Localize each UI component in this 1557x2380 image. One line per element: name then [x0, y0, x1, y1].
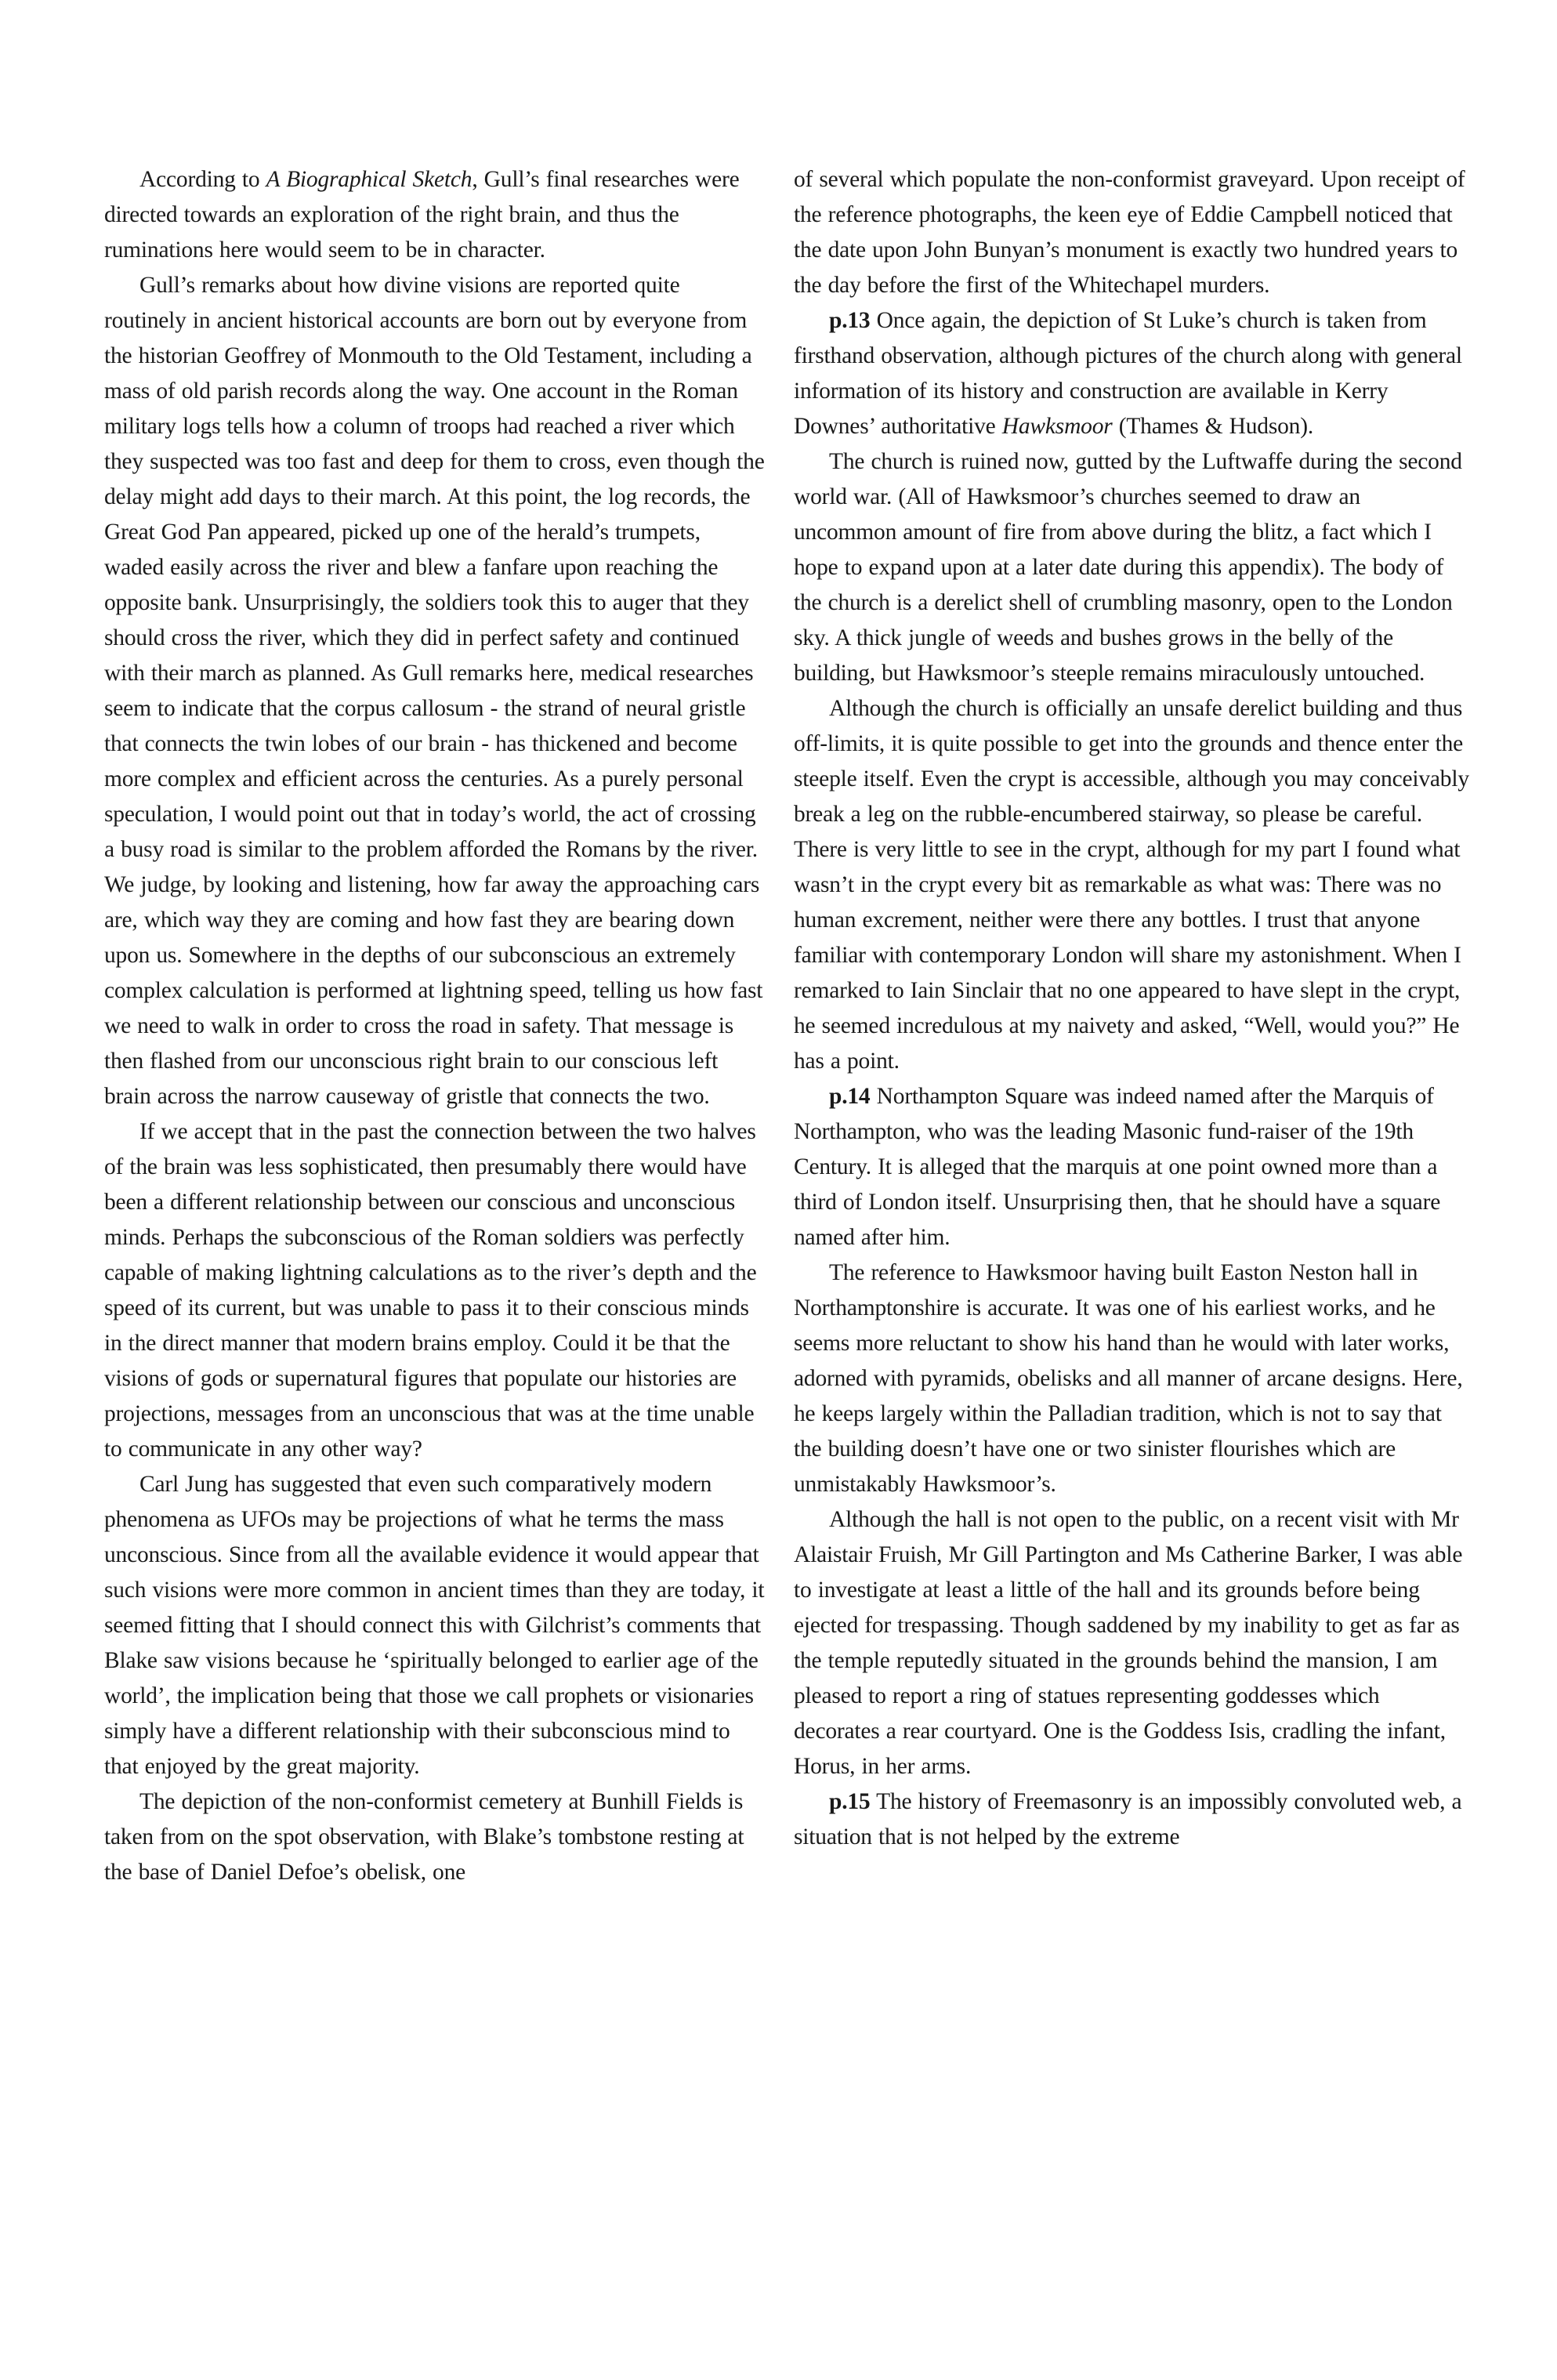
paragraph: The reference to Hawksmoor having built …: [794, 1255, 1469, 1502]
text-run: If we accept that in the past the connec…: [104, 1119, 756, 1462]
paragraph: p.13 Once again, the depiction of St Luk…: [794, 303, 1469, 444]
paragraph: p.15 The history of Freemasonry is an im…: [794, 1784, 1469, 1855]
text-run: p.13: [829, 308, 870, 333]
book-page: According to A Biographical Sketch, Gull…: [0, 0, 1557, 2380]
column-left: According to A Biographical Sketch, Gull…: [104, 162, 766, 1890]
text-run: A Biographical Sketch: [266, 167, 473, 192]
paragraph: Carl Jung has suggested that even such c…: [104, 1467, 766, 1784]
paragraph: Gull’s remarks about how divine visions …: [104, 268, 766, 1114]
text-run: The depiction of the non-conformist ceme…: [104, 1789, 744, 1885]
text-run: Although the hall is not open to the pub…: [794, 1507, 1462, 1779]
paragraph: Although the hall is not open to the pub…: [794, 1502, 1469, 1784]
text-run: According to: [139, 167, 266, 192]
text-run: The reference to Hawksmoor having built …: [794, 1260, 1463, 1497]
text-run: Gull’s remarks about how divine visions …: [104, 273, 765, 1109]
paragraph: If we accept that in the past the connec…: [104, 1114, 766, 1467]
text-run: Although the church is officially an uns…: [794, 696, 1469, 1074]
paragraph: p.14 Northampton Square was indeed named…: [794, 1079, 1469, 1255]
paragraph: of several which populate the non-confor…: [794, 162, 1469, 303]
text-run: Hawksmoor: [1002, 414, 1113, 439]
paragraph: The depiction of the non-conformist ceme…: [104, 1784, 766, 1890]
text-run: (Thames & Hudson).: [1113, 414, 1313, 439]
paragraph: Although the church is officially an uns…: [794, 691, 1469, 1079]
text-run: Carl Jung has suggested that even such c…: [104, 1472, 764, 1779]
text-run: of several which populate the non-confor…: [794, 167, 1465, 298]
text-run: p.15: [829, 1789, 870, 1814]
text-run: Northampton Square was indeed named afte…: [794, 1084, 1440, 1250]
text-run: The history of Freemasonry is an impossi…: [794, 1789, 1461, 1849]
paragraph: The church is ruined now, gutted by the …: [794, 444, 1469, 691]
text-run: The church is ruined now, gutted by the …: [794, 449, 1462, 686]
column-right: of several which populate the non-confor…: [794, 162, 1469, 1855]
text-run: p.14: [829, 1084, 870, 1109]
text-columns: According to A Biographical Sketch, Gull…: [104, 162, 1469, 1890]
paragraph: According to A Biographical Sketch, Gull…: [104, 162, 766, 268]
